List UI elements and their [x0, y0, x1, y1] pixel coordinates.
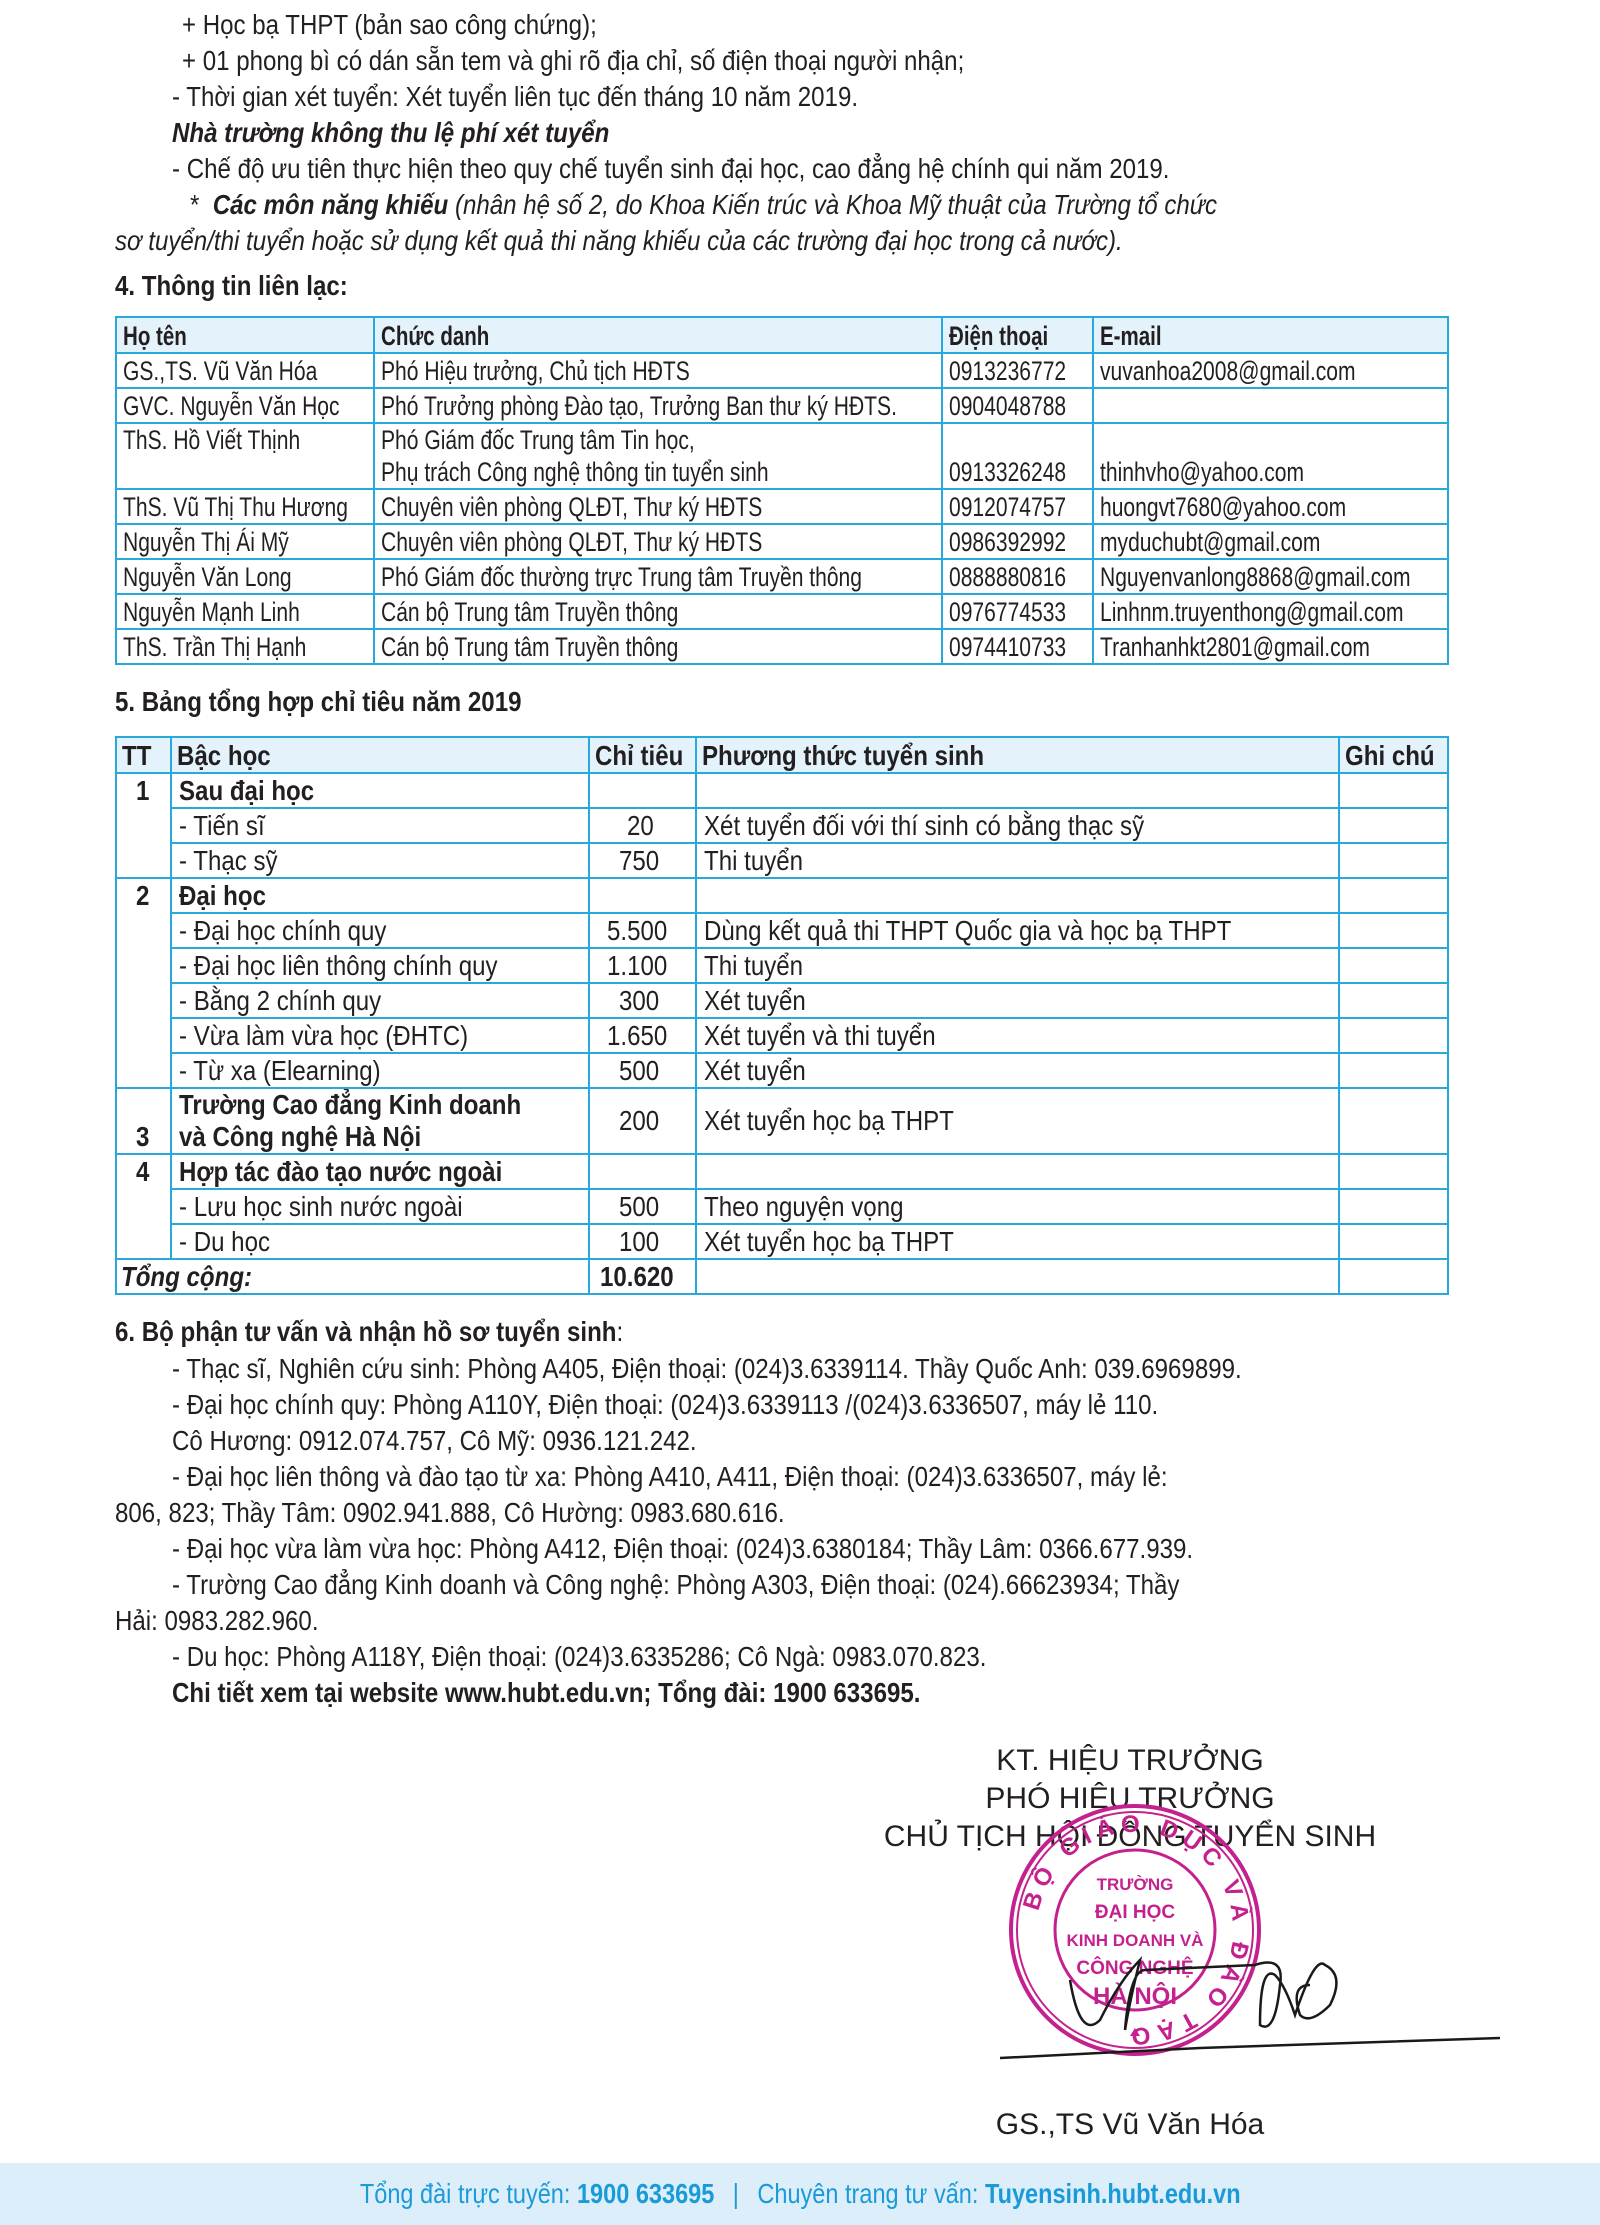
contact-name: Nguyễn Văn Long — [116, 559, 374, 594]
item-method: Thi tuyển — [696, 843, 1339, 878]
item-number-blank — [116, 1018, 171, 1053]
advice-college: - Trường Cao đẳng Kinh doanh và Công ngh… — [172, 1568, 1343, 1602]
signatory-name: GS.,TS Vũ Văn Hóa — [880, 2108, 1380, 2142]
contact-email: Linhnm.truyenthong@gmail.com — [1093, 594, 1448, 629]
group-method — [696, 878, 1339, 913]
contact-title: Cán bộ Trung tâm Truyền thông — [374, 594, 942, 629]
item-note — [1339, 1053, 1448, 1088]
contacts-heading: 4. Thông tin liên lạc: — [115, 270, 386, 302]
col-tt: TT — [116, 737, 171, 773]
contact-title: Chuyên viên phòng QLĐT, Thư ký HĐTS — [374, 524, 942, 559]
contact-phone: 0888880816 — [942, 559, 1093, 594]
quota-group-row: 1Sau đại học — [116, 773, 1448, 808]
intro-line-2: + 01 phong bì có dán sẵn tem và ghi rõ đ… — [182, 44, 1092, 78]
contact-email: huongvt7680@yahoo.com — [1093, 489, 1448, 524]
group-name: Trường Cao đẳng Kinh doanhvà Công nghệ H… — [171, 1088, 589, 1154]
contact-name: Nguyễn Thị Ái Mỹ — [116, 524, 374, 559]
group-method — [696, 1154, 1339, 1189]
item-number-blank — [116, 983, 171, 1018]
contacts-table: Họ tên Chức danh Điện thoại E-mail GS.,T… — [115, 316, 1449, 665]
quota-header-row: TT Bậc học Chỉ tiêu Phương thức tuyển si… — [116, 737, 1448, 773]
quota-item-row: - Lưu học sinh nước ngoài500Theo nguyện … — [116, 1189, 1448, 1224]
contact-row: ThS. Vũ Thị Thu HươngChuyên viên phòng Q… — [116, 489, 1448, 524]
hotline-number[interactable]: 1900 633695 — [577, 2178, 714, 2209]
advice-postgrad: - Thạc sĩ, Nghiên cứu sinh: Phòng A405, … — [172, 1352, 1416, 1386]
item-note — [1339, 1224, 1448, 1259]
quota-item-row: - Vừa làm vừa học (ĐHTC)1.650Xét tuyển v… — [116, 1018, 1448, 1053]
intro-line-3: - Thời gian xét tuyển: Xét tuyển liên tụ… — [172, 80, 970, 114]
item-method: Xét tuyển — [696, 983, 1339, 1018]
advice-college-cont: Hải: 0983.282.960. — [115, 1604, 352, 1638]
contact-name: Nguyễn Mạnh Linh — [116, 594, 374, 629]
contact-row: Nguyễn Mạnh LinhCán bộ Trung tâm Truyền … — [116, 594, 1448, 629]
item-quota: 20 — [589, 808, 696, 843]
item-note — [1339, 983, 1448, 1018]
aptitude-note-cont: sơ tuyển/thi tuyển hoặc sử dụng kết quả … — [115, 224, 1287, 258]
contact-row: Nguyễn Văn LongPhó Giám đốc thường trực … — [116, 559, 1448, 594]
contact-name: ThS. Vũ Thị Thu Hương — [116, 489, 374, 524]
contact-title: Chuyên viên phòng QLĐT, Thư ký HĐTS — [374, 489, 942, 524]
contact-phone: 0913236772 — [942, 353, 1093, 388]
group-name: Sau đại học — [171, 773, 589, 808]
item-note — [1339, 1189, 1448, 1224]
contact-row: GVC. Nguyễn Văn HọcPhó Trưởng phòng Đào … — [116, 388, 1448, 423]
footer-bar: Tổng đài trực tuyến: 1900 633695|Chuyên … — [0, 2163, 1600, 2225]
advice-regular: - Đại học chính quy: Phòng A110Y, Điện t… — [172, 1388, 1319, 1422]
intro-line-1: + Học bạ THPT (bản sao công chứng); — [182, 8, 664, 42]
advice-parttime: - Đại học vừa làm vừa học: Phòng A412, Đ… — [172, 1532, 1359, 1566]
item-note — [1339, 843, 1448, 878]
hotline-label: Tổng đài trực tuyến: — [360, 2178, 577, 2209]
item-number-blank — [116, 948, 171, 983]
contact-email: vuvanhoa2008@gmail.com — [1093, 353, 1448, 388]
col-quota: Chỉ tiêu — [589, 737, 696, 773]
item-name: - Thạc sỹ — [171, 843, 589, 878]
contact-name: ThS. Trần Thị Hạnh — [116, 629, 374, 664]
item-method: Thi tuyển — [696, 948, 1339, 983]
item-method: Xét tuyển và thi tuyển — [696, 1018, 1339, 1053]
group-note — [1339, 1154, 1448, 1189]
item-method: Dùng kết quả thi THPT Quốc gia và học bạ… — [696, 913, 1339, 948]
item-number-blank — [116, 1189, 171, 1224]
quota-total-row: Tổng cộng:10.620 — [116, 1259, 1448, 1294]
col-email: E-mail — [1093, 317, 1448, 353]
quota-item-row: - Bằng 2 chính quy300Xét tuyển — [116, 983, 1448, 1018]
contact-name: GS.,TS. Vũ Văn Hóa — [116, 353, 374, 388]
contact-phone: 0912074757 — [942, 489, 1093, 524]
contact-phone: 0976774533 — [942, 594, 1093, 629]
aptitude-note: * Các môn năng khiếu (nhân hệ số 2, do K… — [190, 188, 1384, 222]
total-value: 10.620 — [589, 1259, 696, 1294]
signature-scribble — [1000, 1920, 1500, 2090]
item-name: - Du học — [171, 1224, 589, 1259]
quota-heading: 5. Bảng tổng hợp chỉ tiêu năm 2019 — [115, 686, 588, 718]
item-name: - Tiến sĩ — [171, 808, 589, 843]
group-quota — [589, 878, 696, 913]
signature-title-1: KT. HIỆU TRƯỞNG — [880, 1744, 1380, 1778]
advice-heading: 6. Bộ phận tư vấn và nhận hồ sơ tuyển si… — [115, 1316, 706, 1348]
contact-row: ThS. Hồ Viết ThịnhPhó Giám đốc Trung tâm… — [116, 423, 1448, 489]
quota-item-row: - Đại học liên thông chính quy1.100Thi t… — [116, 948, 1448, 983]
item-name: - Đại học liên thông chính quy — [171, 948, 589, 983]
group-note — [1339, 773, 1448, 808]
quota-group-row: 2Đại học — [116, 878, 1448, 913]
item-quota: 5.500 — [589, 913, 696, 948]
item-number-blank — [116, 913, 171, 948]
quota-item-row: - Du học100Xét tuyển học bạ THPT — [116, 1224, 1448, 1259]
contact-title: Phó Trưởng phòng Đào tạo, Trưởng Ban thư… — [374, 388, 942, 423]
website-hotline-note: Chi tiết xem tại website www.hubt.edu.vn… — [172, 1676, 1042, 1710]
contact-title: Phó Giám đốc thường trực Trung tâm Truyề… — [374, 559, 942, 594]
group-note — [1339, 1088, 1448, 1154]
svg-text:TRƯỜNG: TRƯỜNG — [1097, 1875, 1174, 1894]
contact-title: Cán bộ Trung tâm Truyền thông — [374, 629, 942, 664]
advice-abroad: - Du học: Phòng A118Y, Điện thoại: (024)… — [172, 1640, 1119, 1674]
group-name: Đại học — [171, 878, 589, 913]
contact-phone: 0913326248 — [942, 423, 1093, 489]
item-method: Xét tuyển đối với thí sinh có bằng thạc … — [696, 808, 1339, 843]
group-quota: 200 — [589, 1088, 696, 1154]
quota-item-row: - Đại học chính quy5.500Dùng kết quả thi… — [116, 913, 1448, 948]
item-number-blank — [116, 1053, 171, 1088]
advice-transfer: - Đại học liên thông và đào tạo từ xa: P… — [172, 1460, 1330, 1494]
group-number: 4 — [116, 1154, 171, 1189]
contact-row: ThS. Trần Thị HạnhCán bộ Trung tâm Truyề… — [116, 629, 1448, 664]
group-name: Hợp tác đào tạo nước ngoài — [171, 1154, 589, 1189]
contact-email: myduchubt@gmail.com — [1093, 524, 1448, 559]
item-name: - Từ xa (Elearning) — [171, 1053, 589, 1088]
group-number: 2 — [116, 878, 171, 913]
item-quota: 1.100 — [589, 948, 696, 983]
group-quota — [589, 773, 696, 808]
advice-regular-cont: Cô Hương: 0912.074.757, Cô Mỹ: 0936.121.… — [172, 1424, 782, 1458]
item-note — [1339, 1018, 1448, 1053]
intro-line-5: - Chế độ ưu tiên thực hiện theo quy chế … — [172, 152, 1332, 186]
group-method — [696, 773, 1339, 808]
contact-name: ThS. Hồ Viết Thịnh — [116, 423, 374, 489]
item-quota: 750 — [589, 843, 696, 878]
contacts-header-row: Họ tên Chức danh Điện thoại E-mail — [116, 317, 1448, 353]
quota-group-row: 3Trường Cao đẳng Kinh doanhvà Công nghệ … — [116, 1088, 1448, 1154]
item-name: - Lưu học sinh nước ngoài — [171, 1189, 589, 1224]
item-note — [1339, 948, 1448, 983]
contact-phone: 0904048788 — [942, 388, 1093, 423]
quota-table: TT Bậc học Chỉ tiêu Phương thức tuyển si… — [115, 736, 1449, 1295]
col-level: Bậc học — [171, 737, 589, 773]
item-method: Xét tuyển — [696, 1053, 1339, 1088]
item-quota: 500 — [589, 1053, 696, 1088]
col-method: Phương thức tuyển sinh — [696, 737, 1339, 773]
item-number-blank — [116, 808, 171, 843]
item-quota: 500 — [589, 1189, 696, 1224]
no-fee-notice: Nhà trường không thu lệ phí xét tuyển — [172, 116, 681, 150]
col-name: Họ tên — [116, 317, 374, 353]
group-number: 1 — [116, 773, 171, 808]
item-quota: 300 — [589, 983, 696, 1018]
item-quota: 100 — [589, 1224, 696, 1259]
col-phone: Điện thoại — [942, 317, 1093, 353]
group-method: Xét tuyển học bạ THPT — [696, 1088, 1339, 1154]
site-link[interactable]: Tuyensinh.hubt.edu.vn — [985, 2178, 1241, 2209]
contact-title: Phó Giám đốc Trung tâm Tin học,Phụ trách… — [374, 423, 942, 489]
item-number-blank — [116, 1224, 171, 1259]
col-title: Chức danh — [374, 317, 942, 353]
total-label: Tổng cộng: — [116, 1259, 589, 1294]
item-number-blank — [116, 843, 171, 878]
contact-title: Phó Hiệu trưởng, Chủ tịch HĐTS — [374, 353, 942, 388]
item-note — [1339, 808, 1448, 843]
quota-item-row: - Thạc sỹ750Thi tuyển — [116, 843, 1448, 878]
contact-row: GS.,TS. Vũ Văn HóaPhó Hiệu trưởng, Chủ t… — [116, 353, 1448, 388]
quota-item-row: - Tiến sĩ20Xét tuyển đối với thí sinh có… — [116, 808, 1448, 843]
contact-phone: 0986392992 — [942, 524, 1093, 559]
total-method — [696, 1259, 1339, 1294]
contact-name: GVC. Nguyễn Văn Học — [116, 388, 374, 423]
col-note: Ghi chú — [1339, 737, 1448, 773]
group-number: 3 — [116, 1088, 171, 1154]
contact-row: Nguyễn Thị Ái MỹChuyên viên phòng QLĐT, … — [116, 524, 1448, 559]
quota-group-row: 4Hợp tác đào tạo nước ngoài — [116, 1154, 1448, 1189]
contact-email: thinhvho@yahoo.com — [1093, 423, 1448, 489]
total-note — [1339, 1259, 1448, 1294]
item-method: Theo nguyện vọng — [696, 1189, 1339, 1224]
group-note — [1339, 878, 1448, 913]
item-method: Xét tuyển học bạ THPT — [696, 1224, 1339, 1259]
contact-email: Nguyenvanlong8868@gmail.com — [1093, 559, 1448, 594]
item-name: - Bằng 2 chính quy — [171, 983, 589, 1018]
contact-phone: 0974410733 — [942, 629, 1093, 664]
item-name: - Đại học chính quy — [171, 913, 589, 948]
group-quota — [589, 1154, 696, 1189]
quota-item-row: - Từ xa (Elearning)500Xét tuyển — [116, 1053, 1448, 1088]
advice-transfer-cont: 806, 823; Thầy Tâm: 0902.941.888, Cô Hườ… — [115, 1496, 894, 1530]
contact-email: Tranhanhkt2801@gmail.com — [1093, 629, 1448, 664]
site-label: Chuyên trang tư vấn: — [757, 2178, 985, 2209]
footer-separator: | — [733, 2178, 739, 2209]
item-name: - Vừa làm vừa học (ĐHTC) — [171, 1018, 589, 1053]
contact-email — [1093, 388, 1448, 423]
item-note — [1339, 913, 1448, 948]
item-quota: 1.650 — [589, 1018, 696, 1053]
